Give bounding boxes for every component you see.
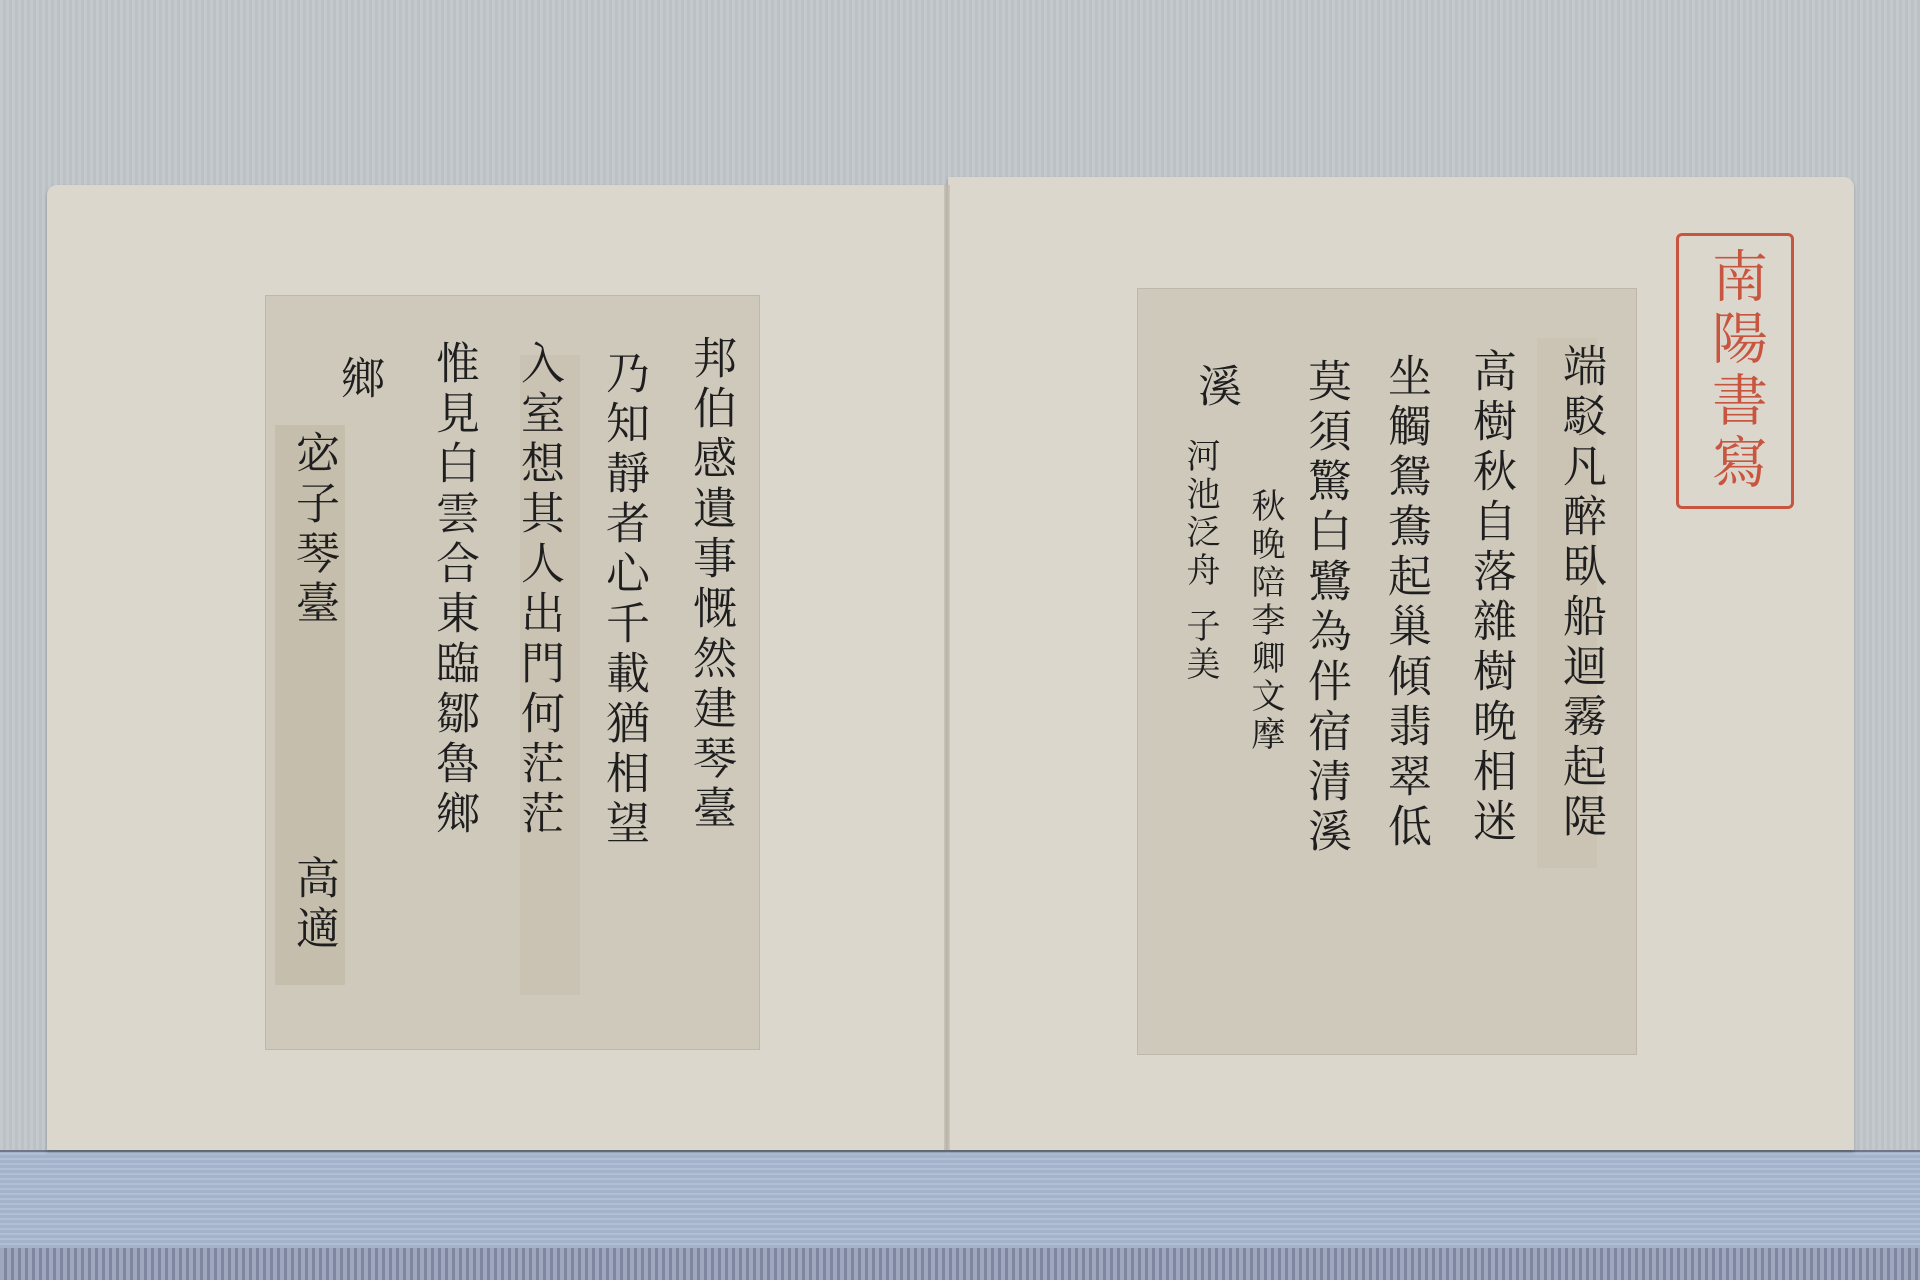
text-column: 入室想其人出門何茫茫 [516, 340, 560, 840]
fabric-base [0, 1248, 1920, 1280]
text-column: 乃知靜者心千載猶相望 [601, 350, 645, 850]
poem-author: 高適 [291, 855, 335, 955]
text-column: 惟見白雲合東臨鄒魯鄉 [431, 340, 475, 840]
text-column: 坐觸鴛鴦起巢傾翡翠低 [1383, 353, 1427, 853]
calligraphy-sheet-left: 邦伯感遺事慨然建琴臺 乃知靜者心千載猶相望 入室想其人出門何茫茫 惟見白雲合東臨… [265, 295, 760, 1050]
poem-title: 宓子琴臺 [291, 430, 335, 630]
text-column-end: 溪 [1193, 363, 1237, 413]
calligraphy-sheet-right: 端駁凡醉臥船迴霧起隄 高樹秋自落雜樹晚相迷 坐觸鴛鴦起巢傾翡翠低 莫須驚白鷺為伴… [1137, 288, 1637, 1055]
display-shelf [0, 1150, 1920, 1250]
poem-author: 子美 [1183, 608, 1217, 684]
red-seal-stamp: 南陽書寫 [1676, 233, 1794, 509]
text-column: 端駁凡醉臥船迴霧起隄 [1558, 343, 1602, 843]
text-column: 莫須驚白鷺為伴宿清溪 [1303, 358, 1347, 858]
poem-title-cont: 河池泛舟 [1183, 438, 1217, 590]
poem-title: 秋晚陪李卿文摩 [1248, 488, 1282, 754]
text-column: 高樹秋自落雜樹晚相迷 [1468, 348, 1512, 848]
text-column-end: 鄉 [336, 355, 380, 405]
text-column: 邦伯感遺事慨然建琴臺 [688, 335, 732, 835]
album-fold [944, 185, 950, 1150]
